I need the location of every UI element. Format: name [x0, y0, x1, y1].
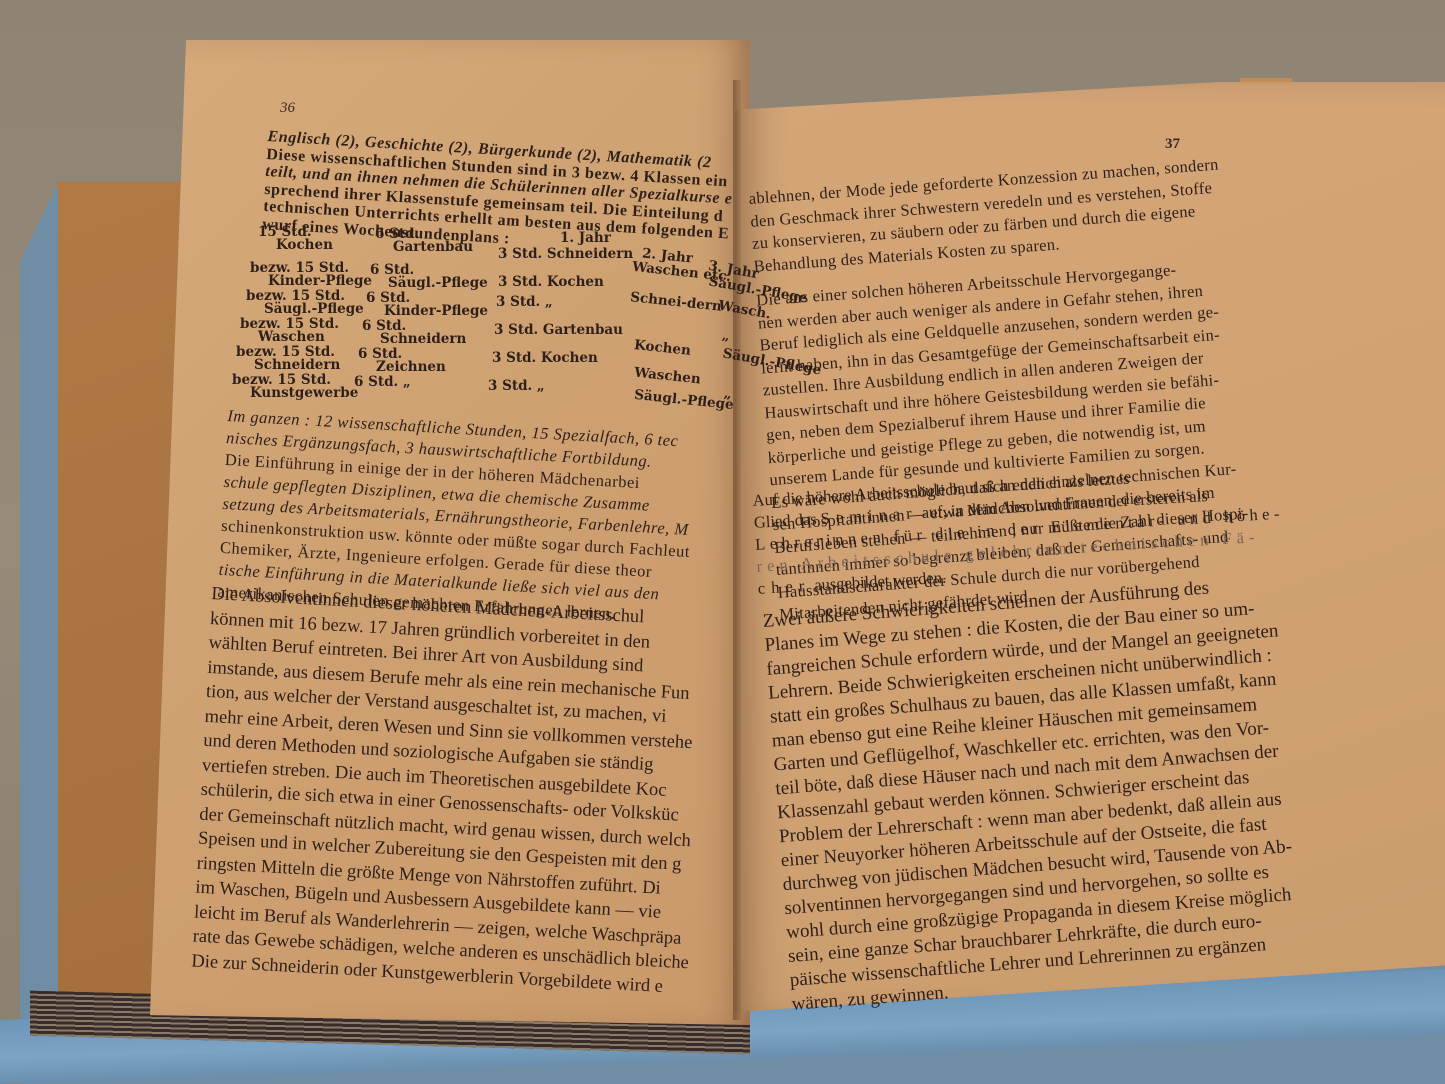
year-header: 1. Jahr	[560, 232, 611, 245]
schedule-cell: „	[721, 329, 731, 343]
emphasized-term: cher	[757, 576, 810, 598]
schedule-cell: bezw. 15 Std.Kinder-Pflege	[250, 262, 372, 288]
schedule-cell: 3 Std. Kochen	[492, 352, 598, 365]
page-number-right: 37	[1165, 136, 1180, 153]
schedule-cell: bezw. 15 Std.Säugl.-Pflege	[246, 290, 364, 316]
subject: Zeichnen	[358, 361, 446, 374]
subject: Kunstgewerbe	[232, 387, 358, 400]
schedule-cell: bezw. 15 Std.Waschen	[240, 318, 339, 344]
schedule-cell: bezw. 15 Std.Kunstgewerbe	[232, 374, 358, 400]
schedule-cell: 3 Std. Gartenbau	[494, 324, 623, 337]
subject: Säugl.-Pflege	[246, 303, 364, 316]
right-difficulties-paragraph: Zwei äußere Schwierigkeiten scheinen der…	[762, 572, 1304, 1017]
subject: Kochen	[258, 239, 333, 252]
left-body-paragraph: Die Absolventinnen dieser höheren Mädche…	[191, 582, 708, 1000]
subject: Schneidern	[236, 359, 340, 372]
weekly-schedule-table: 1. Jahr 2. Jahr 3. Jahr 15 Std.Kochen 6 …	[230, 222, 750, 407]
schedule-cell: 3 Std. Schneidern	[498, 248, 633, 261]
schedule-cell: 6 Std.Zeichnen	[358, 348, 446, 374]
subject: Schneidern	[362, 333, 466, 346]
photo-scene: 36 Englisch (2), Geschichte (2), Bürgerk…	[0, 0, 1445, 1084]
subject: Gartenbau	[375, 241, 473, 254]
page-number-left: 36	[280, 100, 295, 117]
subject: Kinder-Pflege	[250, 275, 372, 288]
schedule-cell: Waschen	[634, 367, 702, 387]
schedule-cell: 3 Std. „	[496, 296, 553, 309]
schedule-cell: Schnei-dern	[630, 291, 723, 314]
schedule-cell: 6 Std.Säugl.-Pflege	[370, 264, 488, 290]
schedule-cell: 6 Std.Kinder-Pflege	[366, 292, 488, 318]
schedule-cell: 6 Std.Gartenbau	[375, 228, 473, 254]
subject: Waschen	[240, 331, 339, 344]
schedule-cell: Kochen	[633, 339, 691, 358]
schedule-cell: 15 Std.Kochen	[258, 226, 333, 252]
schedule-cell: 3 Std. „	[488, 380, 545, 393]
book-gutter	[733, 80, 741, 1020]
schedule-cell: 6 Std.Schneidern	[362, 320, 466, 346]
schedule-cell: bezw. 15 Std.Schneidern	[236, 346, 340, 372]
subject: Kinder-Pflege	[366, 305, 488, 318]
subject: Säugl.-Pflege	[370, 277, 488, 290]
text-span: Glied das	[753, 509, 821, 532]
schedule-cell: 6 Std. „	[354, 376, 411, 389]
schedule-cell: 3 Std. Kochen	[498, 276, 604, 289]
